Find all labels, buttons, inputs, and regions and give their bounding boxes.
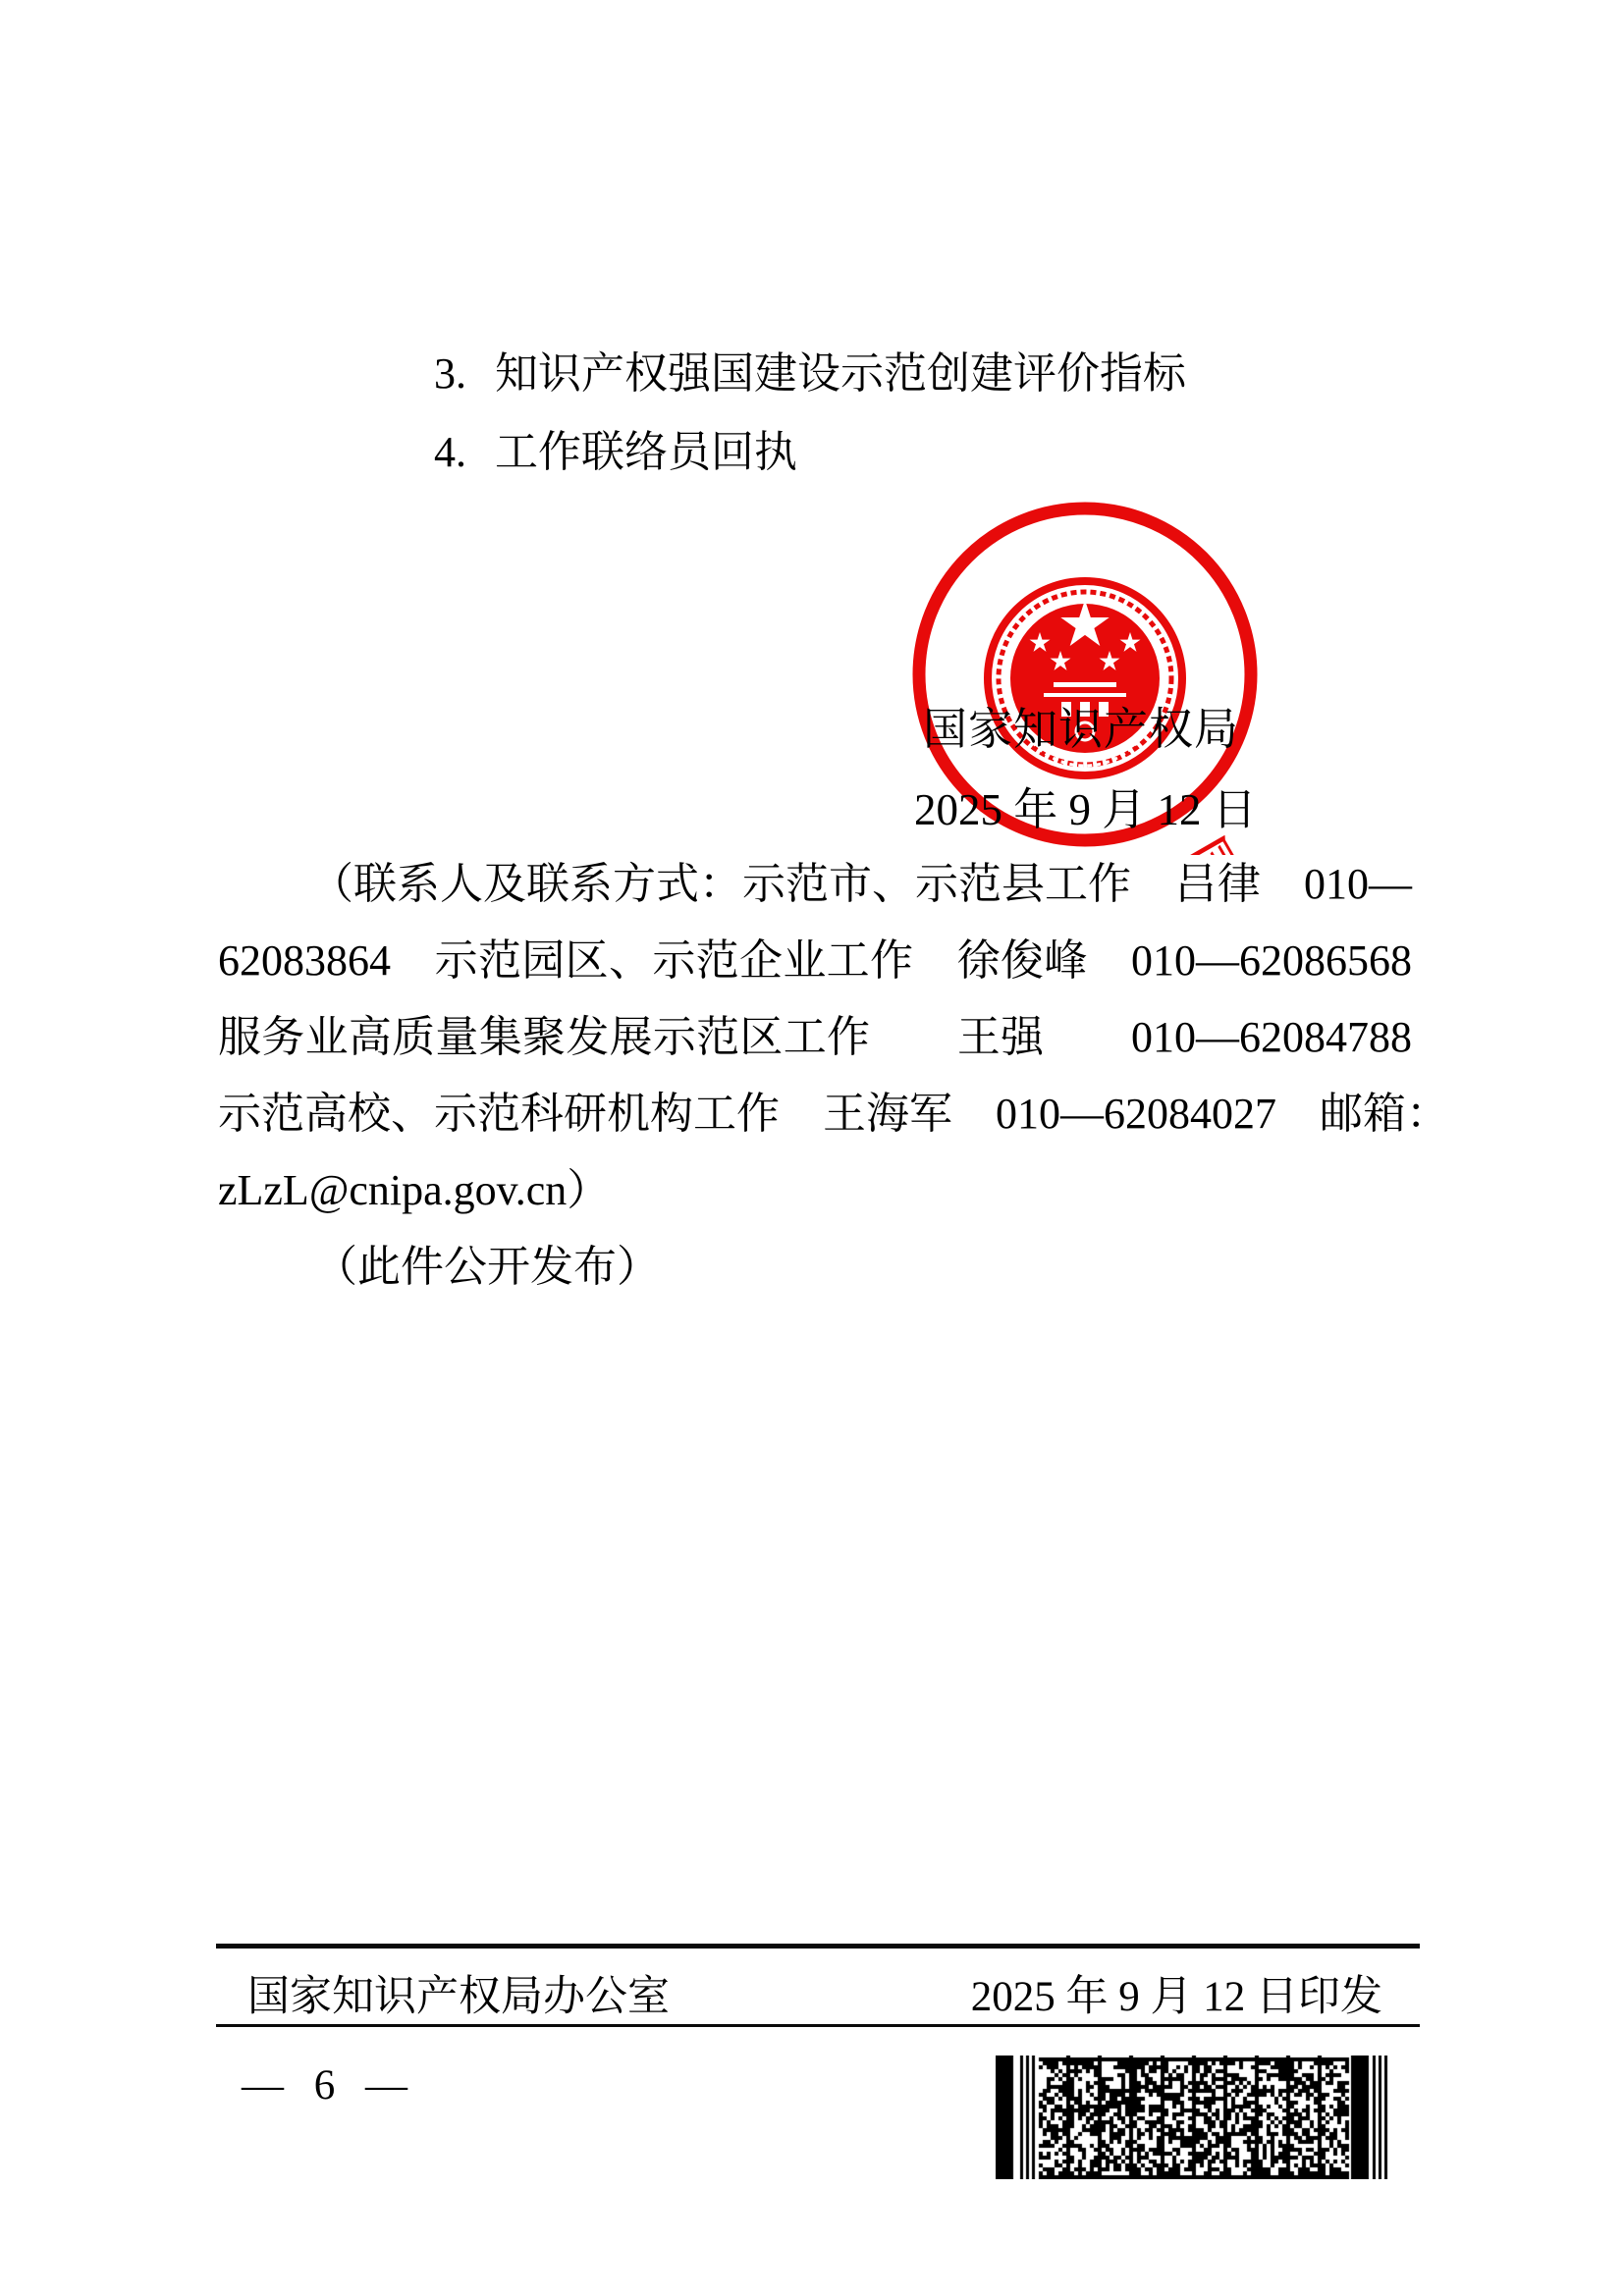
attachment-number: 4. [434, 427, 495, 478]
footer-office: 国家知识产权局办公室 [247, 1963, 670, 2023]
document-page: 3.知识产权强国建设示范创建评价指标 4.工作联络员回执 国家知识产权局 202… [0, 0, 1624, 2296]
document-barcode [996, 2056, 1388, 2179]
public-release-note: （此件公开发布） [218, 1229, 1412, 1306]
seal-svg: 国家知识产权局 [904, 494, 1266, 855]
contact-line: 示范高校、示范科研机构工作 王海军 010—62084027 邮箱： [218, 1076, 1412, 1152]
attachment-label: 工作联络员回执 [495, 428, 797, 476]
footer-divider-bottom [216, 2024, 1420, 2027]
contact-line: zLzL@cnipa.gov.cn） [218, 1152, 1412, 1229]
official-seal: 国家知识产权局 [904, 494, 1266, 855]
page-number: — 6 — [242, 2061, 417, 2109]
national-emblem-icon [988, 581, 1182, 775]
attachment-item-4: 4.工作联络员回执 [391, 376, 797, 529]
footer-divider-top [216, 1944, 1420, 1949]
footer-print-date: 2025 年 9 月 12 日印发 [971, 1963, 1382, 2023]
contact-line: （联系人及联系方式：示范市、示范县工作 吕律 010— [218, 846, 1412, 923]
contact-line: 服务业高质量集聚发展示范区工作 王强 010—62084788 [218, 999, 1412, 1076]
footer-row: 国家知识产权局办公室 2025 年 9 月 12 日印发 [247, 1963, 1382, 2008]
contact-line: 62083864 示范园区、示范企业工作 徐俊峰 010—62086568 [218, 923, 1412, 999]
contact-paragraph: （联系人及联系方式：示范市、示范县工作 吕律 010— 62083864 示范园… [218, 846, 1412, 1306]
